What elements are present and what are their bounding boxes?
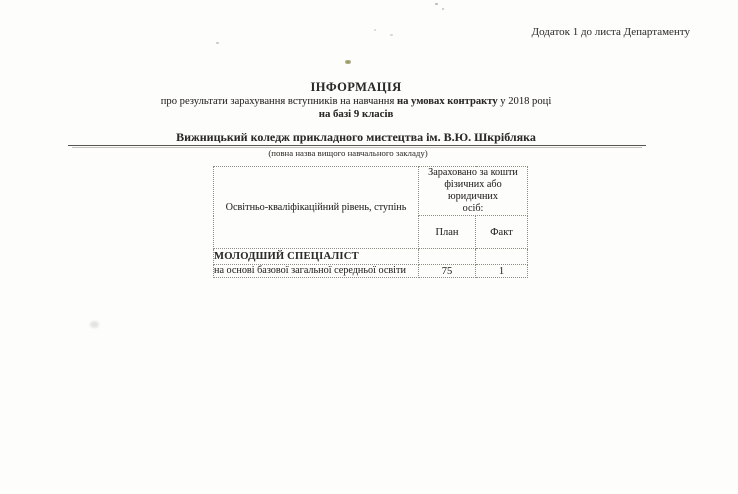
scan-speck	[345, 60, 351, 64]
column-group-header: Зараховано за кошти фізичних або юридичн…	[419, 167, 528, 216]
scan-speck	[390, 34, 393, 36]
institution-underline	[68, 145, 646, 146]
scan-speck	[442, 8, 444, 10]
row-label-level: МОЛОДШИЙ СПЕЦІАЛІСТ	[214, 249, 419, 265]
subtitle-suffix: у 2018 році	[498, 96, 552, 107]
scan-speck	[374, 29, 376, 31]
column-header-plan: План	[419, 216, 476, 249]
results-table-container: Освітньо-кваліфікаційний рівень, ступінь…	[213, 166, 528, 278]
annotation-top-right: Додаток 1 до листа Департаменту	[0, 26, 690, 38]
institution-name: Вижницький коледж прикладного мистецтва …	[0, 130, 712, 145]
institution-caption: (повна назва вищого навчального закладу)	[0, 148, 696, 158]
table-row: МОЛОДШИЙ СПЕЦІАЛІСТ	[214, 249, 528, 265]
scan-speck	[216, 42, 219, 44]
column-header-level: Освітньо-кваліфікаційний рівень, ступінь	[214, 167, 419, 249]
row-label-basis: на основі базової загальної середньої ос…	[214, 265, 419, 278]
scanned-document-page: Додаток 1 до листа Департаменту ІНФОРМАЦ…	[0, 0, 738, 494]
page-title: ІНФОРМАЦІЯ	[0, 80, 712, 95]
page-subtitle: про результати зарахування вступників на…	[0, 96, 712, 107]
row-fact-value	[476, 249, 528, 265]
page-subtitle-line2: на базі 9 класів	[0, 108, 712, 120]
subtitle-bold: на умовах контракту	[397, 96, 498, 107]
column-header-fact: Факт	[476, 216, 528, 249]
subtitle-prefix: про результати зарахування вступників на…	[161, 96, 397, 107]
results-table: Освітньо-кваліфікаційний рівень, ступінь…	[213, 166, 528, 278]
scan-speck	[90, 321, 99, 328]
group-header-line: юридичних	[419, 191, 527, 203]
row-plan-value	[419, 249, 476, 265]
group-header-line: Зараховано за кошти	[419, 167, 527, 179]
scan-speck	[435, 3, 438, 5]
group-header-line: осіб:	[419, 203, 527, 215]
group-header-line: фізичних або	[419, 179, 527, 191]
table-header-row: Освітньо-кваліфікаційний рівень, ступінь…	[214, 167, 528, 216]
table-row: на основі базової загальної середньої ос…	[214, 265, 528, 278]
row-plan-value: 75	[419, 265, 476, 278]
row-fact-value: 1	[476, 265, 528, 278]
